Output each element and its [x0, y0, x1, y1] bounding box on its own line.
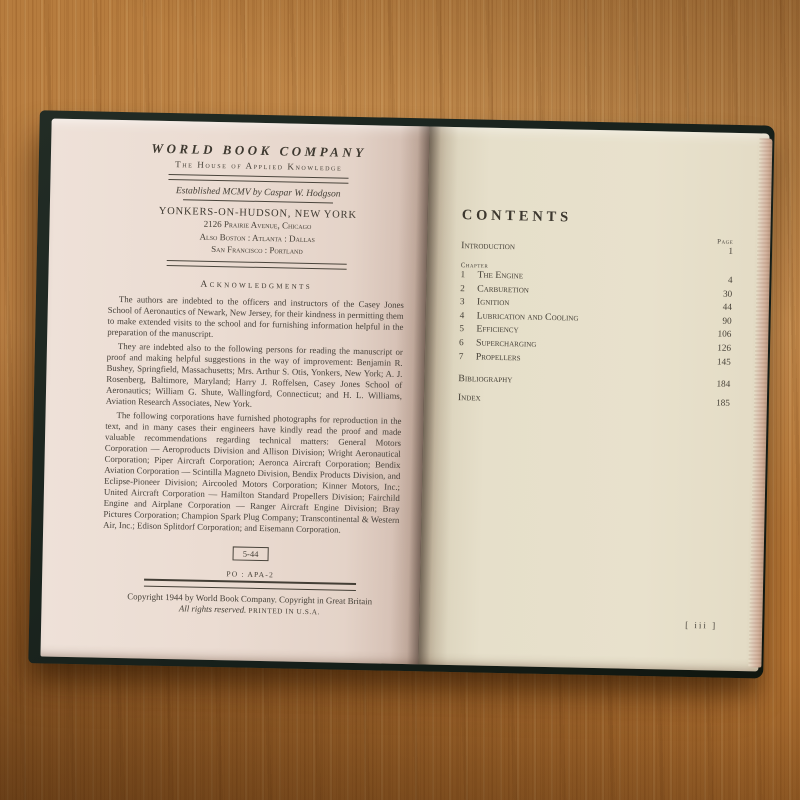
open-book: WORLD BOOK COMPANY The House of Applied …: [40, 119, 769, 672]
contents-page: CONTENTS Page Introduction 1 Chapter 1 T…: [418, 126, 769, 671]
print-code-box: 5-44: [233, 546, 269, 561]
thin-rule: [183, 199, 333, 203]
toc-page-number: 4: [728, 275, 733, 285]
chapter-number: 6: [459, 337, 476, 347]
chapter-number: 3: [460, 296, 477, 306]
toc-page-number: 126: [717, 342, 731, 352]
toc-page-number: 185: [716, 398, 730, 408]
toc-row-bibliography: Bibliography 184: [458, 373, 730, 390]
toc-page-number: 145: [717, 356, 731, 366]
heavy-rule: [144, 578, 356, 590]
rights-reserved-text: All rights reserved.: [179, 603, 247, 614]
chapter-number: 7: [459, 351, 476, 361]
toc-label: Introduction: [461, 240, 515, 252]
acknowledgments-paragraph-1: The authors are indebted to the officers…: [107, 293, 404, 343]
contents-title: CONTENTS: [462, 207, 734, 230]
folio-page-number: [ iii ]: [685, 620, 717, 631]
double-rule: [168, 174, 348, 184]
chapter-number: 4: [460, 310, 477, 320]
book-pages: WORLD BOOK COMPANY The House of Applied …: [40, 119, 769, 672]
chapter-number: 2: [460, 283, 477, 293]
toc-page-number: 1: [728, 246, 733, 256]
toc-row-index: Index 185: [458, 392, 730, 409]
acknowledgments-page: WORLD BOOK COMPANY The House of Applied …: [40, 119, 429, 665]
chapter-number: 1: [460, 269, 477, 279]
acknowledgments-heading: Acknowledgments: [108, 277, 404, 293]
toc-page-number: 44: [723, 302, 732, 312]
toc-label: Index: [458, 392, 481, 403]
toc-label: Bibliography: [458, 373, 512, 385]
toc-page-number: 106: [717, 329, 731, 339]
chapter-number: 5: [459, 324, 476, 334]
toc-page-number: 184: [716, 379, 730, 389]
printed-in-usa-text: PRINTED IN U.S.A.: [248, 606, 320, 615]
established-line: Established MCMV by Caspar W. Hodgson: [110, 185, 406, 201]
acknowledgments-paragraph-2: They are indebted also to the following …: [106, 340, 403, 412]
toc-page-number: 90: [722, 315, 731, 325]
acknowledgments-paragraph-3: The following corporations have furnishe…: [103, 409, 401, 536]
double-rule: [167, 259, 347, 269]
toc-page-number: 30: [723, 288, 732, 298]
